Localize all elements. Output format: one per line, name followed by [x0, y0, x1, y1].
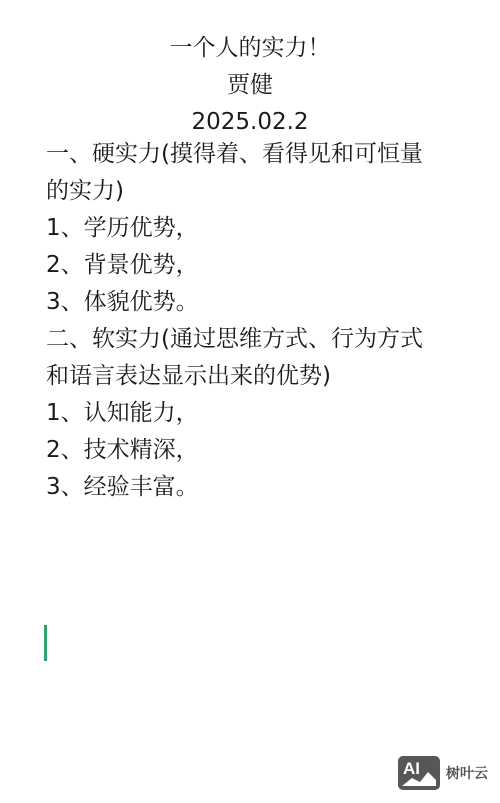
text-line: 的实力)	[46, 173, 476, 210]
text-line: 2、背景优势，	[46, 247, 476, 284]
text-line: 一、硬实力(摸得着、看得见和可恒量	[46, 136, 476, 173]
text-line: 2、技术精深，	[46, 432, 476, 469]
text-line: 1、认知能力，	[46, 395, 476, 432]
text-line: 1、学历优势，	[46, 210, 476, 247]
mountain-icon	[398, 756, 440, 790]
document-author: 贾健	[0, 67, 500, 104]
watermark: AI 树叶云	[398, 756, 488, 790]
text-line: 二、软实力(通过思维方式、行为方式	[46, 321, 476, 358]
ai-logo-icon: AI	[398, 756, 440, 790]
watermark-brand: 树叶云	[446, 763, 488, 783]
document-body[interactable]: 一、硬实力(摸得着、看得见和可恒量 的实力) 1、学历优势， 2、背景优势， 3…	[46, 136, 476, 506]
text-line: 3、体貌优势。	[46, 284, 476, 321]
text-line: 3、经验丰富。	[46, 469, 476, 506]
document-title: 一个人的实力！	[0, 30, 500, 67]
document-header: 一个人的实力！ 贾健 2025.02.2	[0, 30, 500, 141]
text-line: 和语言表达显示出来的优势)	[46, 358, 476, 395]
text-cursor	[44, 625, 47, 661]
